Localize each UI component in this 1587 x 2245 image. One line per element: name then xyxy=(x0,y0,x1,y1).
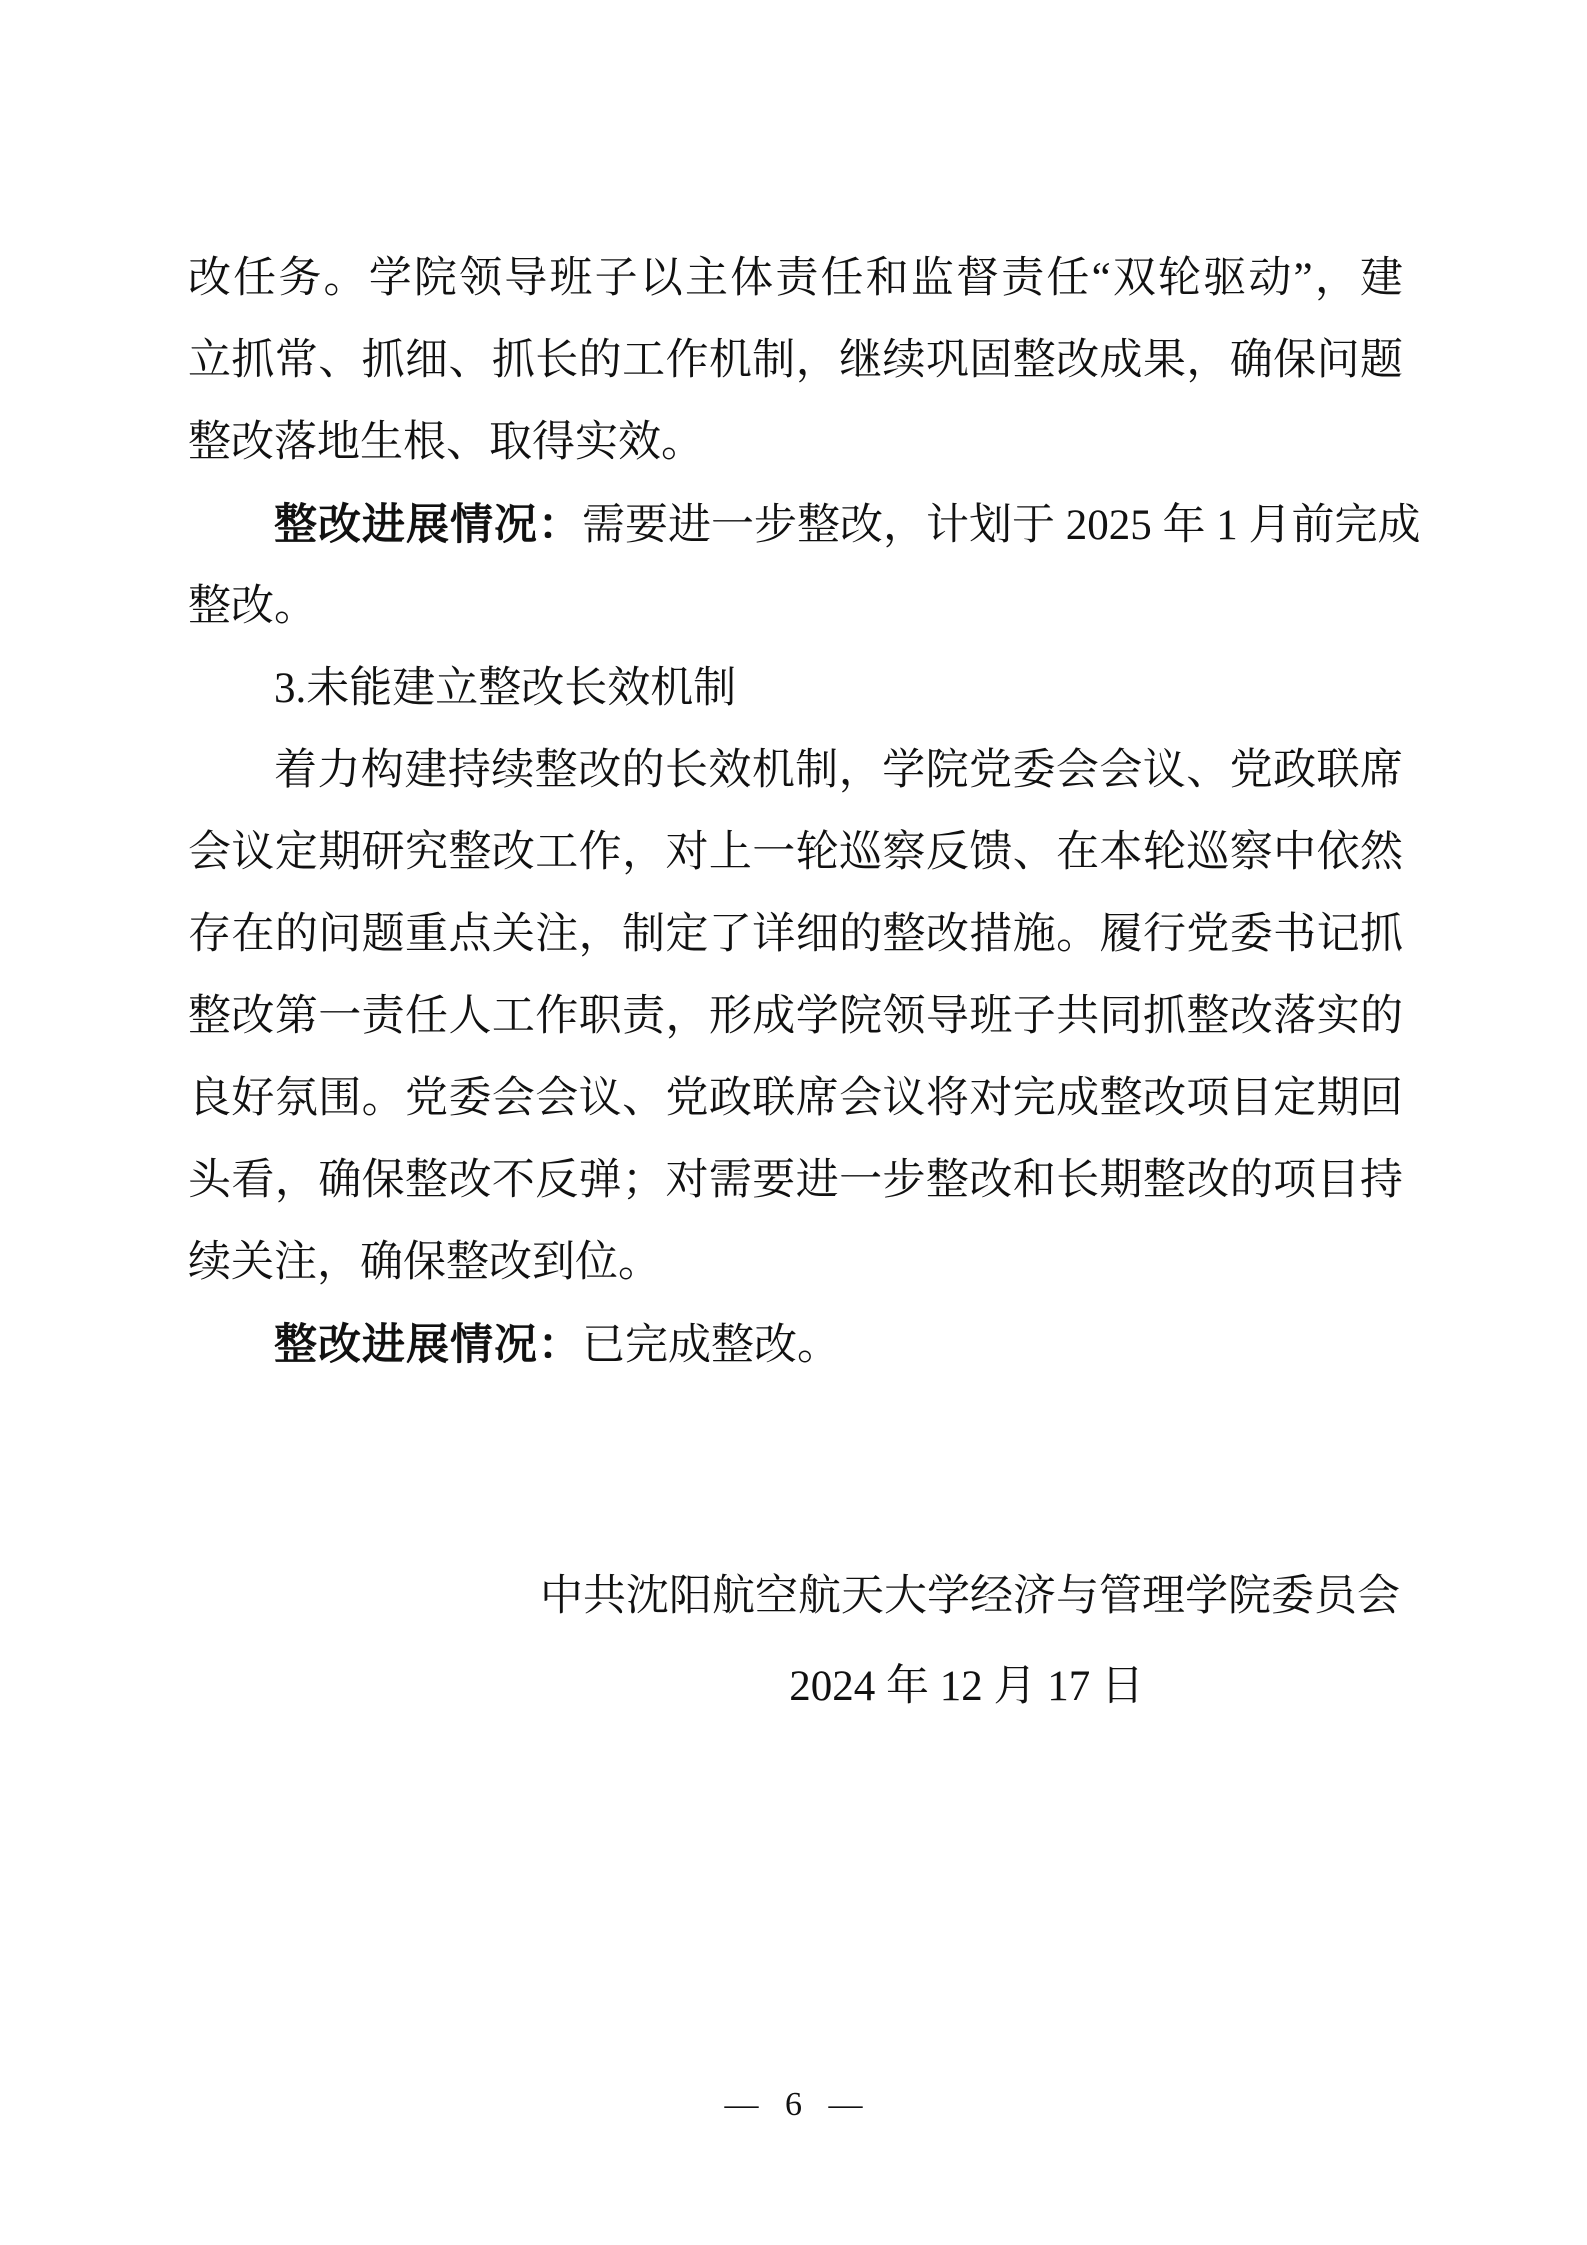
text-line: 续关注，确保整改到位。 xyxy=(188,1222,1403,1304)
progress-status-label: 整改进展情况： xyxy=(274,501,582,549)
line-text: 已完成整改。 xyxy=(582,1322,840,1369)
text-line: 整改落地生根、取得实效。 xyxy=(188,402,1403,484)
document-page: 改任务。学院领导班子以主体责任和监督责任“双轮驱动”，建 立抓常、抓细、抓长的工… xyxy=(0,0,1587,2245)
text-line: 整改第一责任人工作职责，形成学院领导班子共同抓整改落实的 xyxy=(188,976,1403,1058)
text-line: 良好氛围。党委会会议、党政联席会议将对完成整改项目定期回 xyxy=(188,1058,1403,1140)
signature-committee: 中共沈阳航空航天大学经济与管理学院委员会 xyxy=(540,1556,1400,1638)
body-text: 改任务。学院领导班子以主体责任和监督责任“双轮驱动”，建 立抓常、抓细、抓长的工… xyxy=(188,238,1403,1386)
progress-status-label: 整改进展情况： xyxy=(274,1321,582,1369)
page-number: — 6 — xyxy=(0,2088,1587,2122)
text-line: 立抓常、抓细、抓长的工作机制，继续巩固整改成果，确保问题 xyxy=(188,320,1403,402)
text-line: 改任务。学院领导班子以主体责任和监督责任“双轮驱动”，建 xyxy=(188,238,1403,320)
text-line: 头看，确保整改不反弹；对需要进一步整改和长期整改的项目持 xyxy=(188,1140,1403,1222)
text-line: 整改。 xyxy=(188,566,1403,648)
text-line: 整改进展情况：已完成整改。 xyxy=(188,1304,1403,1386)
text-line: 整改进展情况：需要进一步整改，计划于 2025 年 1 月前完成 xyxy=(188,484,1403,566)
section-heading: 3.未能建立整改长效机制 xyxy=(188,648,1403,730)
line-text: 需要进一步整改，计划于 2025 年 1 月前完成 xyxy=(582,502,1421,549)
text-line: 会议定期研究整改工作，对上一轮巡察反馈、在本轮巡察中依然 xyxy=(188,812,1403,894)
signature-date: 2024 年 12 月 17 日 xyxy=(789,1646,1144,1728)
text-line: 着力构建持续整改的长效机制，学院党委会会议、党政联席 xyxy=(188,730,1403,812)
text-line: 存在的问题重点关注，制定了详细的整改措施。履行党委书记抓 xyxy=(188,894,1403,976)
